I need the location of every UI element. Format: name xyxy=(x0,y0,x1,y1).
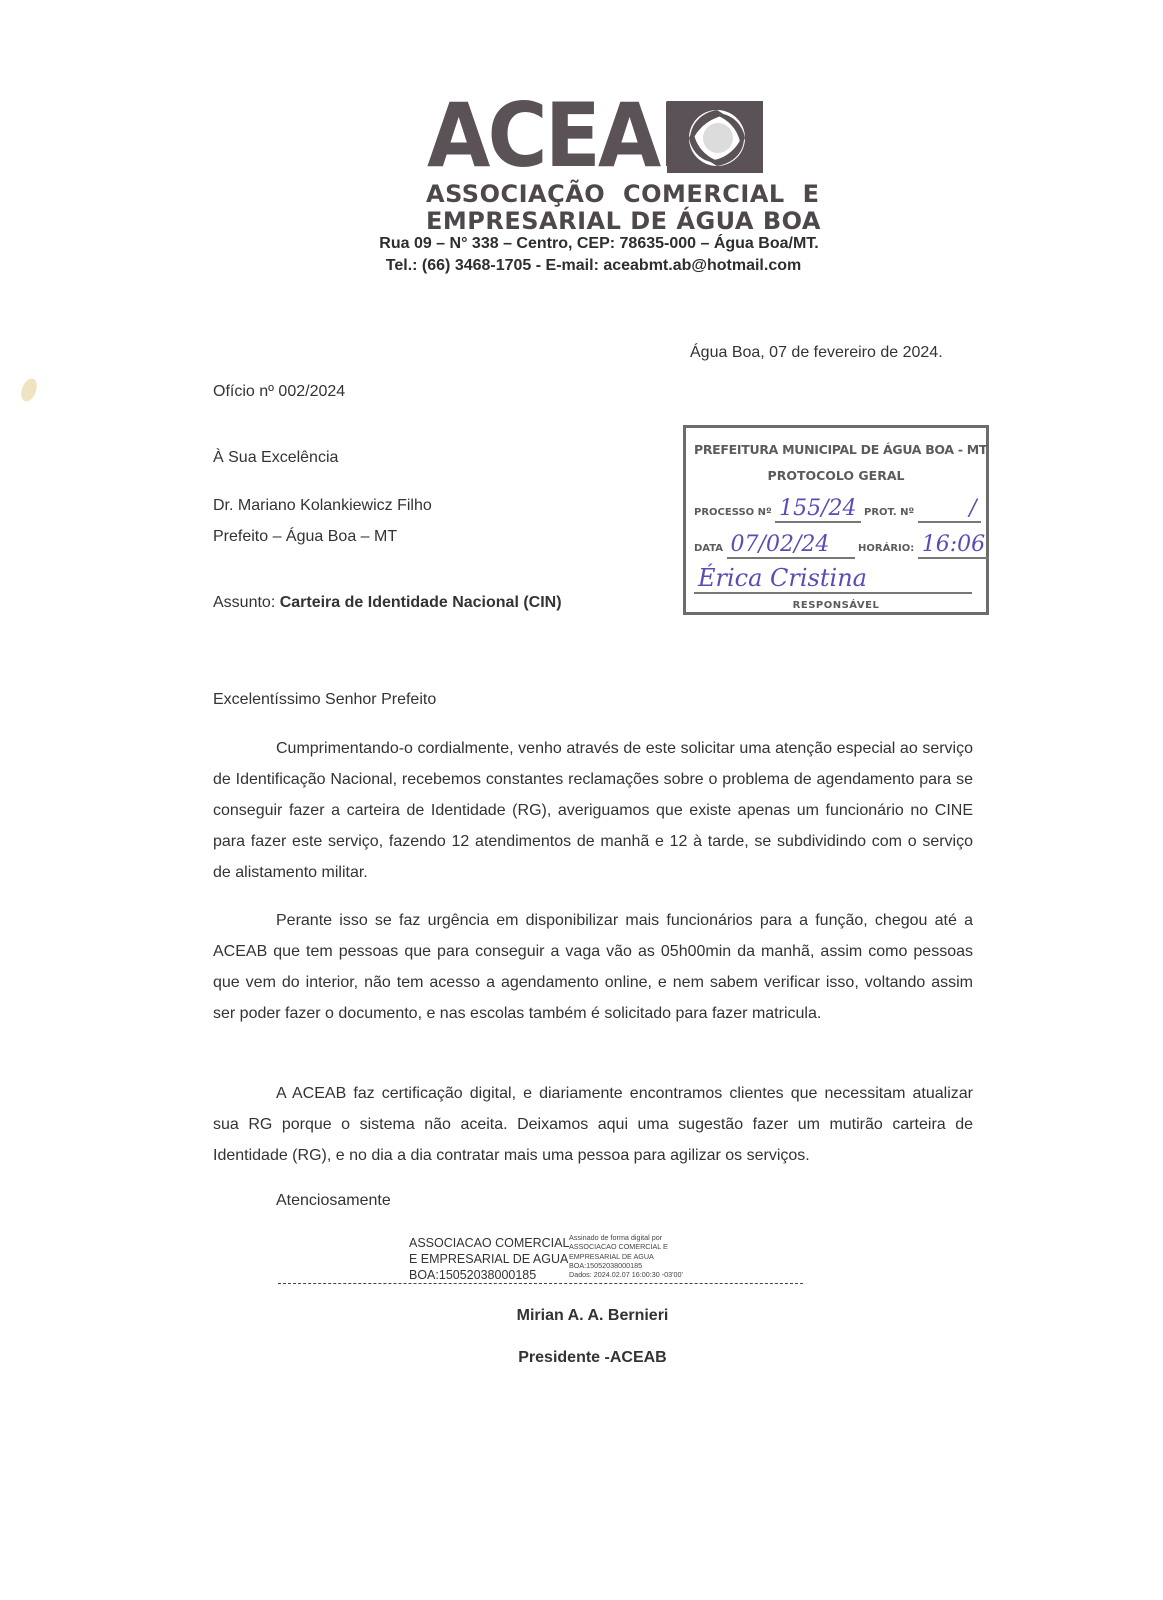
prot-value: / xyxy=(918,496,981,523)
protocol-stamp: PREFEITURA MUNICIPAL DE ÁGUA BOA - MT PR… xyxy=(683,425,989,615)
horario-value: 16:06 xyxy=(918,532,989,559)
stamp-subtitle: PROTOCOLO GERAL xyxy=(686,468,986,483)
detail-line: ASSOCIACAO COMERCIAL E xyxy=(569,1242,683,1251)
responsavel-signature: Érica Cristina xyxy=(694,564,972,594)
stamp-data-row: DATA 07/02/24 HORÁRIO: 16:06 xyxy=(694,532,989,559)
paragraph-3: A ACEAB faz certificação digital, e diar… xyxy=(213,1078,973,1171)
paragraph-2-text: Perante isso se faz urgência em disponib… xyxy=(213,912,973,1022)
digital-signature-signer: ASSOCIACAO COMERCIAL E EMPRESARIAL DE AG… xyxy=(409,1235,569,1283)
paragraph-1: Cumprimentando-o cordialmente, venho atr… xyxy=(213,733,973,888)
paragraph-2: Perante isso se faz urgência em disponib… xyxy=(213,905,973,1029)
data-value: 07/02/24 xyxy=(727,532,855,559)
salutation-header: À Sua Excelência xyxy=(213,448,338,468)
org-name-line1: ASSOCIAÇÃO COMERCIAL E xyxy=(426,180,819,208)
data-label: DATA xyxy=(694,543,723,554)
subject-text: Carteira de Identidade Nacional (CIN) xyxy=(280,594,562,611)
aperture-swirl-icon xyxy=(667,101,763,173)
org-name-line2: EMPRESARIAL DE ÁGUA BOA xyxy=(426,207,821,235)
org-contact: Tel.: (66) 3468-1705 - E-mail: aceabmt.a… xyxy=(0,257,1163,275)
closing: Atenciosamente xyxy=(276,1191,391,1211)
detail-line: Dados: 2024.02.07 16:00:30 -03'00' xyxy=(569,1270,683,1279)
stamp-title: PREFEITURA MUNICIPAL DE ÁGUA BOA - MT xyxy=(694,442,987,457)
signature-line xyxy=(278,1283,803,1284)
paper-stain xyxy=(18,376,39,403)
signer-line: BOA:15052038000185 xyxy=(409,1267,569,1283)
paragraph-1-text: Cumprimentando-o cordialmente, venho atr… xyxy=(213,740,973,881)
responsavel-label: RESPONSÁVEL xyxy=(686,600,986,611)
recipient-role: Prefeito – Água Boa – MT xyxy=(213,527,397,547)
recipient-name: Dr. Mariano Kolankiewicz Filho xyxy=(213,496,432,516)
stamp-processo-row: PROCESSO Nº 155/24 PROT. Nº / xyxy=(694,496,981,523)
subject-label: Assunto: xyxy=(213,594,280,611)
letter-subject: Assunto: Carteira de Identidade Nacional… xyxy=(213,593,562,613)
signer-line: E EMPRESARIAL DE AGUA xyxy=(409,1251,569,1267)
letter-date: Água Boa, 07 de fevereiro de 2024. xyxy=(690,343,943,363)
letter-reference: Ofício nº 002/2024 xyxy=(213,382,345,402)
letterhead-logo: ACEAB xyxy=(427,98,740,180)
stamp-responsavel-row: Érica Cristina xyxy=(694,564,972,594)
digital-signature-details: Assinado de forma digital por ASSOCIACAO… xyxy=(569,1233,683,1279)
horario-label: HORÁRIO: xyxy=(858,543,914,554)
greeting: Excelentíssimo Senhor Prefeito xyxy=(213,690,436,710)
signer-role: Presidente -ACEAB xyxy=(0,1349,1163,1367)
paragraph-3-text: A ACEAB faz certificação digital, e diar… xyxy=(213,1085,973,1164)
signer-line: ASSOCIACAO COMERCIAL xyxy=(409,1235,569,1251)
processo-label: PROCESSO Nº xyxy=(694,507,772,518)
detail-line: BOA:15052038000185 xyxy=(569,1261,683,1270)
org-address: Rua 09 – N° 338 – Centro, CEP: 78635-000… xyxy=(0,235,1163,253)
detail-line: Assinado de forma digital por xyxy=(569,1233,683,1242)
prot-label: PROT. Nº xyxy=(864,507,914,518)
processo-value: 155/24 xyxy=(775,496,860,523)
detail-line: EMPRESARIAL DE AGUA xyxy=(569,1252,683,1261)
signer-name: Mirian A. A. Bernieri xyxy=(0,1307,1163,1325)
